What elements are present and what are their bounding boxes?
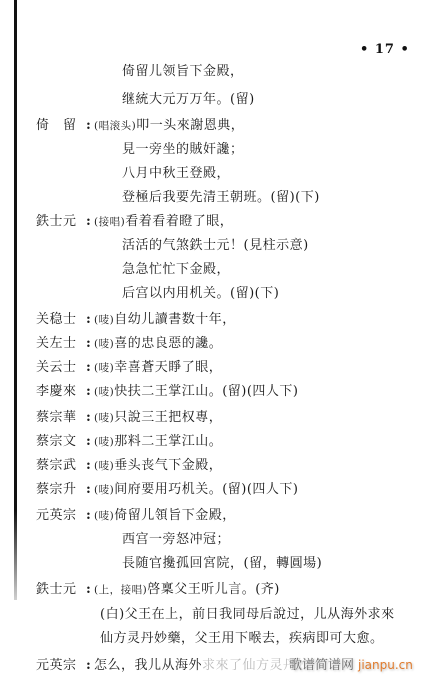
verse-text: 活活的气煞鉄士元！(見柱示意) (122, 238, 309, 253)
verse-text: 急急忙忙下金殿， (122, 262, 230, 277)
verse-text: 快扶二王掌江山。(留)(四人下) (114, 384, 298, 399)
dialogue-line: 鉄士元:(接唱)看着看着瞪了眼， (36, 212, 233, 232)
verse-line: 急急忙忙下金殿， (122, 260, 230, 280)
verse-line: 長随官攙孤回宮院，(留，轉圓場) (122, 554, 322, 574)
speaker-colon: : (86, 506, 94, 526)
verse-text: 登極后我要先清王朝班。(留)(下) (122, 190, 320, 205)
stage-cue: (唱滚头) (94, 120, 136, 132)
stage-cue: (接唱) (94, 216, 125, 228)
dialogue-line: 倚 留:(唱滚头)叩一头來謝恩典， (36, 116, 244, 136)
verse-text: 喜的忠良惡的讒。 (114, 336, 222, 351)
verse-text: 只說三王把权專， (114, 410, 222, 425)
dialogue-line: 关左士:(唛)喜的忠良惡的讒。 (36, 334, 222, 354)
speaker-name: 关稳士 (36, 310, 86, 330)
speaker-colon: : (86, 580, 94, 600)
prose-text: (白)父王在上，前日我同母后說过，儿从海外求來 (100, 607, 395, 622)
verse-line: 見一旁坐的賊奸讒； (122, 140, 244, 160)
prose-line: 仙方灵丹妙藥，父王用下喉去，疾病即可大愈。 (100, 629, 384, 649)
prose-text: 怎么，我儿从海外 (94, 658, 202, 673)
verse-text: 继統大元万万年。(留) (122, 92, 255, 107)
page-number: • 17 • (360, 42, 410, 57)
watermark-chinese: 歌谱简谱网 (289, 658, 354, 673)
speaker-name: 李慶來 (36, 382, 86, 402)
dialogue-line: 关稳士:(唛)自幼儿讀書数十年， (36, 310, 236, 330)
verse-text: 長随官攙孤回宮院，(留，轉圓場) (122, 556, 322, 571)
speaker-colon: : (86, 480, 94, 500)
speaker-colon: : (86, 382, 94, 402)
verse-text: 垂头丧气下金殿， (114, 458, 222, 473)
verse-line: 继統大元万万年。(留) (122, 90, 255, 110)
verse-line: 倚留儿领旨下金殿， (122, 62, 244, 82)
verse-text: 西宫一旁怒冲冠； (122, 532, 230, 547)
speaker-colon: : (86, 456, 94, 476)
speaker-colon: : (86, 310, 94, 330)
verse-text: 看着看着瞪了眼， (125, 214, 233, 229)
verse-text: 倚留儿领旨下金殿， (122, 64, 244, 79)
stage-cue: (唛) (94, 412, 114, 424)
speaker-name: 元英宗 (36, 656, 86, 676)
stage-cue: (唛) (94, 314, 114, 326)
speaker-name: 蔡宗華 (36, 408, 86, 428)
verse-text: 見一旁坐的賊奸讒； (122, 142, 244, 157)
speaker-name: 倚 留 (36, 116, 86, 136)
verse-text: 自幼儿讀書数十年， (114, 312, 236, 327)
speaker-colon: : (86, 358, 94, 378)
verse-line: 后宫以内用机关。(留)(下) (122, 284, 279, 304)
speaker-name: 关云士 (36, 358, 86, 378)
dialogue-line: 蔡宗文:(唛)那料二王掌江山。 (36, 432, 222, 452)
dialogue-line: 元英宗:(唛)倚留儿領旨下金殿， (36, 506, 236, 526)
verse-line: 活活的气煞鉄士元！(見柱示意) (122, 236, 309, 256)
verse-line: 八月中秋王登殿， (122, 164, 230, 184)
stage-cue: (唛) (94, 362, 114, 374)
speaker-colon: : (86, 432, 94, 452)
dialogue-line: 蔡宗武:(唛)垂头丧气下金殿， (36, 456, 222, 476)
stage-cue: (唛) (94, 484, 114, 496)
stage-cue: (唛) (94, 510, 114, 522)
speaker-colon: : (86, 656, 94, 676)
stage-cue: (唛) (94, 338, 114, 350)
watermark: 歌谱简谱网jianpu.cn (285, 652, 417, 675)
stage-cue: (唛) (94, 386, 114, 398)
dialogue-line: 鉄士元:(上，接唱)啓稟父王听儿言。(齐) (36, 580, 280, 600)
watermark-latin: jianpu.cn (358, 658, 413, 672)
speaker-name: 蔡宗武 (36, 456, 86, 476)
speaker-name: 元英宗 (36, 506, 86, 526)
speaker-name: 鉄士元 (36, 212, 86, 232)
speaker-name: 鉄士元 (36, 580, 86, 600)
speaker-name: 关左士 (36, 334, 86, 354)
stage-cue: (上，接唱) (94, 584, 147, 596)
verse-text: 啓稟父王听儿言。(齐) (147, 582, 280, 597)
stage-cue: (唛) (94, 460, 114, 472)
verse-text: 幸喜蒼天睜了眼， (114, 360, 222, 375)
verse-text: 间府要用巧机关。(留)(四人下) (114, 482, 298, 497)
speaker-name: 蔡宗文 (36, 432, 86, 452)
prose-line: (白)父王在上，前日我同母后說过，儿从海外求來 (100, 605, 395, 625)
verse-line: 西宫一旁怒冲冠； (122, 530, 230, 550)
verse-text: 那料二王掌江山。 (114, 434, 222, 449)
verse-line: 登極后我要先清王朝班。(留)(下) (122, 188, 320, 208)
page-binding-border (14, 0, 17, 600)
dialogue-line: 蔡宗華:(唛)只說三王把权專， (36, 408, 222, 428)
dialogue-line: 关云士:(唛)幸喜蒼天睜了眼， (36, 358, 222, 378)
speaker-colon: : (86, 212, 94, 232)
dialogue-line: 蔡宗升:(唛)间府要用巧机关。(留)(四人下) (36, 480, 299, 500)
verse-text: 倚留儿領旨下金殿， (114, 508, 236, 523)
speaker-colon: : (86, 334, 94, 354)
stage-cue: (唛) (94, 436, 114, 448)
speaker-colon: : (86, 116, 94, 136)
verse-text: 后宫以内用机关。(留)(下) (122, 286, 279, 301)
speaker-colon: : (86, 408, 94, 428)
verse-text: 叩一头來謝恩典， (136, 118, 244, 133)
speaker-name: 蔡宗升 (36, 480, 86, 500)
prose-text: 仙方灵丹妙藥，父王用下喉去，疾病即可大愈。 (100, 631, 384, 646)
verse-text: 八月中秋王登殿， (122, 166, 230, 181)
dialogue-line: 李慶來:(唛)快扶二王掌江山。(留)(四人下) (36, 382, 299, 402)
